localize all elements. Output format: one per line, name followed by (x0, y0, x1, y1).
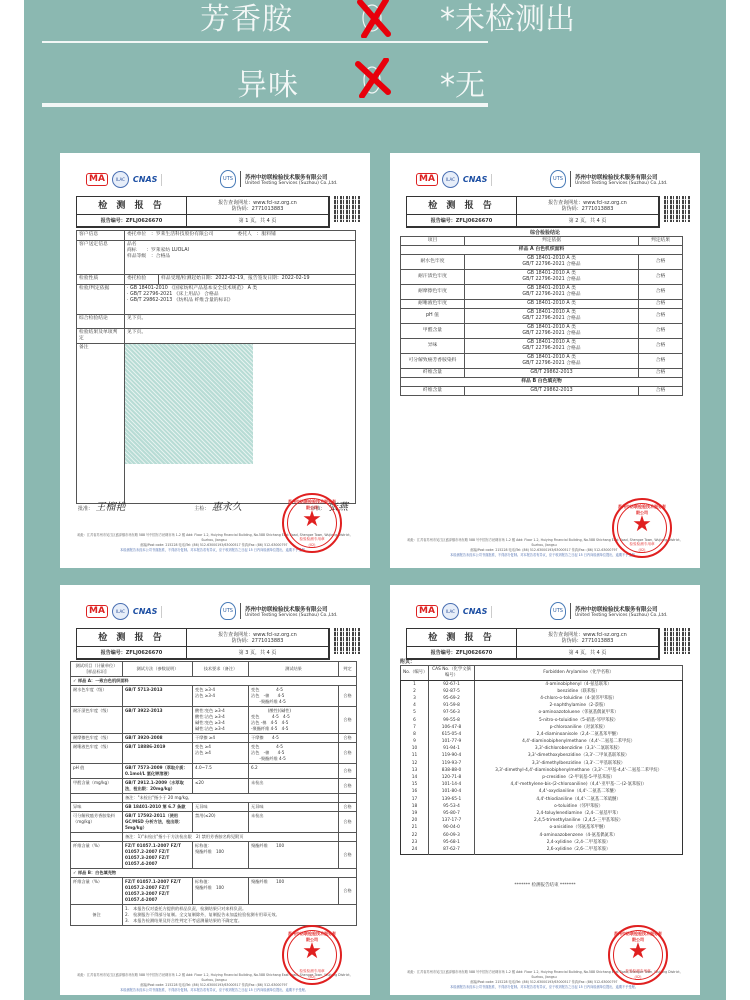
table-row: 检验性质 委托检验 样品受理/检测起始日期：2022-02-19，报告签发日期：… (77, 275, 356, 285)
divider (42, 103, 488, 107)
report-title-box: 检 测 报 告 报告查询网址：www.fcl-sz.org.cn防伪码：2771… (406, 628, 660, 660)
report-header: MA ILAC CNAS UTS 苏州中纺联检验技术服务有限公司 United … (60, 153, 370, 193)
report-page-3: MA ILAC CNAS UTS 苏州中纺联检验技术服务有限公司 United … (60, 585, 370, 995)
banner-label: 异味 (237, 60, 299, 104)
report-number: 报告编号：ZFLJ0626670 (77, 215, 187, 227)
group-row: ✓ 样品 B：白色填充物 (71, 869, 357, 878)
table-row: 292-87-5benzidine（联苯胺） (401, 688, 683, 695)
accreditation-logos: MA ILAC CNAS (416, 171, 504, 188)
page-label: 第 4 页，共 4 页 (517, 647, 659, 659)
section-title: 综合检验结论 (390, 229, 700, 236)
client-info-table: 客户信息 委托单位 ：罗莱生活科技股份有限公司 委托人 ：服料铺 客户送定信息 … (76, 230, 356, 504)
table-row: 耐唾液色牢度GB 18401-2010 A 类合格 (401, 300, 683, 309)
table-row: 纤维含量GB/T 29862-2013合格 (401, 369, 683, 378)
company-brand: UTS 苏州中纺联检验技术服务有限公司 United Testing Servi… (550, 602, 668, 620)
cma-logo: MA (86, 605, 108, 618)
table-row: 客户送定信息 品名商标 ：罗莱家纺 LUOLAI样品等级 ：合格品 (77, 241, 356, 275)
table-row: 17139-65-14,4'-thiodianiline（4,4'-二氨基二苯硫… (401, 796, 683, 803)
report-page-1: MA ILAC CNAS UTS 苏州中纺联检验技术服务有限公司 United … (60, 153, 370, 568)
table-row: 1895-53-4o-toluidine（邻甲苯胺） (401, 803, 683, 810)
signature: 惠永久 (212, 502, 242, 513)
accreditation-logos: MA ILAC CNAS (86, 603, 174, 620)
table-row: 纤维含量（%）FZ/T 01057.1-2007 FZ/T 01057.2-20… (71, 878, 357, 905)
ilac-logo: ILAC (442, 171, 459, 188)
banner-label: 芳香胺 (200, 0, 293, 38)
remarks-row: 备注1. 本报告仅对委托方提供的样品负责，检测结果只对来样负责。2. 检测报告不… (71, 905, 357, 926)
table-row: 699-55-85-nitro-o-toluidine（5-硝基-邻甲苯胺） (401, 717, 683, 724)
cma-logo: MA (416, 605, 438, 618)
table-row: 检验/判定依据 · GB 18401-2010 《国家纺织产品基本安全技术规范》… (77, 285, 356, 315)
banner-result: *未检测出 (440, 0, 575, 38)
red-cross-icon (354, 0, 394, 38)
report-page-2: MA ILAC CNAS UTS 苏州中纺联检验技术服务有限公司 United … (390, 153, 700, 568)
note-row: 备注：1)"未检出"指小于方法检出限 2) 禁用芳香胺名称见附页 (71, 833, 357, 842)
group-row: ✓ 样品 A：一致白色机织面料 (71, 677, 357, 686)
page-label: 第 3 页，共 4 页 (187, 647, 329, 659)
table-header: 项目 判定依据 判定结果 (401, 237, 683, 246)
star-icon: ★ (614, 514, 670, 536)
uts-logo: UTS (550, 170, 566, 188)
table-row: 20137-17-72,4,5-trimethylaniline（2,4,5-三… (401, 818, 683, 825)
accreditation-logos: MA ILAC CNAS (416, 603, 504, 620)
table-row: 纤维含量GB/T 29862-2013合格 (401, 387, 683, 396)
official-seal: 苏州中纺联检验技术服务有限公司 ★ 检验检测专用章 (02) (282, 925, 342, 985)
fabric-sample-image (125, 344, 253, 464)
conclusion-table: 项目 判定依据 判定结果 样品 A 白色机织面料耐水色牢度GB 18401-20… (400, 236, 683, 396)
table-row: 9101-77-94,4'-diaminobiphenylmethane（4,4… (401, 739, 683, 746)
table-row: 491-59-82-naphthylamine（2-萘胺） (401, 703, 683, 710)
table-row: 纤维含量（%）FZ/T 01057.1-2007 FZ/T 01057.2-20… (71, 842, 357, 869)
group-row: 样品 A 白色机织面料 (401, 246, 683, 255)
table-row: 备注 (77, 344, 356, 504)
table-row: 耐水色牢度GB 18401-2010 A 类GB/T 22796-2021 合格… (401, 255, 683, 270)
company-brand: UTS 苏州中纺联检验技术服务有限公司 United Testing Servi… (550, 170, 668, 188)
table-header: 测试项目（计量单位）[样品标识] 测试方法（参数说明） 技术要求（备注） 测试结… (71, 662, 357, 677)
table-row: 耐摩擦色牢度（级）GB/T 3920-2008干摩擦 ≥4干摩擦 4-5合格 (71, 734, 357, 743)
table-row: 12119-93-73,3'-dimethylbenzidine（3,3'-二甲… (401, 760, 683, 767)
table-row: 192-67-14-aminobiphenyl（4-氨基联苯） (401, 681, 683, 689)
report-page-4: MA ILAC CNAS UTS 苏州中纺联检验技术服务有限公司 United … (390, 585, 700, 995)
ilac-logo: ILAC (112, 603, 129, 620)
report-title-box: 检 测 报 告 报告查询网址：www.fcl-sz.org.cn防伪码：2771… (76, 196, 330, 228)
table-row: 耐汗渍色牢度GB 18401-2010 A 类GB/T 22796-2021 合… (401, 270, 683, 285)
table-row: 异味GB 18401-2010 第 6.7 条款无异味无异味合格 (71, 803, 357, 812)
end-of-report: ******* 检测报告结束 ******* (390, 882, 700, 888)
divider (42, 41, 488, 43)
uts-logo: UTS (220, 602, 236, 620)
table-row: 可分解致癌芳香胺染料GB 18401-2010 A 类GB/T 22796-20… (401, 354, 683, 369)
table-row: 耐唾液色牢度（级）GB/T 18886-2019变色 ≥4沾色 ≥4变色 4-5… (71, 743, 357, 764)
cnas-logo: CNAS (463, 607, 488, 616)
official-seal: 苏州中纺联检验技术服务有限公司 ★ 检验检测专用章 (02) (282, 493, 342, 553)
table-header: No.（编号） CAS No.（化学文摘编号） Forbidden Arylam… (401, 666, 683, 681)
table-row: 综合检验结论 见下页。 (77, 315, 356, 329)
table-row: 可分解致癌芳香胺染料（mg/kg）GB/T 17592-2011（使用 GC/M… (71, 812, 357, 833)
uts-logo: UTS (550, 602, 566, 620)
cnas-logo: CNAS (463, 175, 488, 184)
table-row: 1091-94-13,3'-dichlorobenzidine（3,3'-二氯联… (401, 746, 683, 753)
qr-code[interactable] (664, 628, 690, 654)
company-brand: UTS 苏州中纺联检验技术服务有限公司 United Testing Servi… (220, 170, 338, 188)
arylamine-table: No.（编号） CAS No.（化学文摘编号） Forbidden Arylam… (400, 665, 683, 855)
page-label: 第 1 页，共 4 页 (187, 215, 329, 227)
signature: 王榴艳 (96, 502, 126, 513)
banner-row-aromatic-amine: 芳香胺 *未检测出 (24, 0, 726, 42)
banner-row-odor: 异味 *无 (24, 52, 726, 108)
uts-logo: UTS (220, 170, 236, 188)
report-title-box: 检 测 报 告 报告查询网址：www.fcl-sz.org.cn防伪码：2771… (76, 628, 330, 660)
group-row: 样品 B 白色填充物 (401, 378, 683, 387)
table-row: 耐摩擦色牢度GB 18401-2010 A 类GB/T 22796-2021 合… (401, 285, 683, 300)
test-results-table: 测试项目（计量单位）[样品标识] 测试方法（参数说明） 技术要求（备注） 测试结… (70, 661, 357, 926)
cnas-logo: CNAS (133, 175, 158, 184)
cnas-text-block (161, 174, 174, 186)
table-row: pH 值GB/T 7573-2009（萃取介质：0.1mol/L 氯化钾溶液）4… (71, 764, 357, 779)
company-brand: UTS 苏州中纺联检验技术服务有限公司 United Testing Servi… (220, 602, 338, 620)
red-cross-icon (354, 58, 394, 98)
table-row: 异味GB 18401-2010 A 类GB/T 22796-2021 合格品合格 (401, 339, 683, 354)
report-title: 检 测 报 告 (77, 197, 187, 215)
star-icon: ★ (610, 941, 666, 963)
table-row: 15101-14-44,4'-methylene-bis-(2-chloroan… (401, 782, 683, 789)
table-row: 395-69-24-chloro-o-toluidine（4-氯邻甲苯胺） (401, 695, 683, 702)
table-row: 甲醛含量（mg/kg）GB/T 2912.1-2009（水萃取法，检出限：20m… (71, 779, 357, 794)
table-row: 2395-68-12,4-xylidine（2,4-二甲基苯胺） (401, 839, 683, 846)
table-row: 7106-47-8p-chloroaniline（对氯苯胺） (401, 724, 683, 731)
divider (240, 171, 241, 187)
table-row: 13838-88-03,3'-dimethyl-4,4'-diaminobiph… (401, 767, 683, 774)
page-label: 第 2 页，共 4 页 (517, 215, 659, 227)
ilac-logo: ILAC (442, 603, 459, 620)
table-row: 2190-04-0o-anisidine（邻氨基苯甲醚） (401, 825, 683, 832)
ilac-logo: ILAC (112, 171, 129, 188)
table-row: 检验结果及单项判定 见下页。 (77, 329, 356, 344)
qr-code[interactable] (664, 196, 690, 222)
banner-result: *无 (440, 60, 485, 104)
table-row: 16101-80-44,4'-oxydianiline（4,4'-二氨基二苯醚） (401, 789, 683, 796)
report-title-box: 检 测 报 告 报告查询网址：www.fcl-sz.org.cn防伪码：2771… (406, 196, 660, 228)
appendix-label: 附页： (400, 658, 415, 665)
table-row: 耐汗渍色牢度（级）GB/T 3922-2013酸性:变色 ≥3-4酸性:沾色 ≥… (71, 707, 357, 734)
cnas-logo: CNAS (133, 607, 158, 616)
table-row: 11119-90-43,3'-dimethoxybenzidine（3,3'-二… (401, 753, 683, 760)
official-seal: 苏州中纺联检验技术服务有限公司 ★ 检验检测专用章 (02) (608, 925, 668, 985)
table-row: 2487-62-72,6-xylidine（2,6-二甲基苯胺） (401, 846, 683, 854)
table-row: 2260-09-34-aminoazobenzene（4-氨基偶氮苯） (401, 832, 683, 839)
accreditation-logos: MA ILAC CNAS (86, 171, 174, 188)
qr-code[interactable] (334, 196, 360, 222)
table-row: 甲醛含量GB 18401-2010 A 类GB/T 22796-2021 合格品… (401, 324, 683, 339)
star-icon: ★ (284, 941, 340, 963)
table-row: pH 值GB 18401-2010 A 类GB/T 22796-2021 合格品… (401, 309, 683, 324)
company-name-cn: 苏州中纺联检验技术服务有限公司 (245, 173, 338, 181)
table-row: 597-56-3o-aminoazotoluene（邻氨基偶氮甲苯） (401, 710, 683, 717)
star-icon: ★ (284, 509, 340, 531)
qr-code[interactable] (334, 628, 360, 654)
official-seal: 苏州中纺联检验技术服务有限公司 ★ 检验检测专用章 (02) (612, 498, 672, 558)
note-row: 备注："未检出"指小于 20 mg/kg。 (71, 794, 357, 803)
table-row: 耐水色牢度（级）GB/T 5713-2013变色 ≥3-4沾色 ≥3-4变色 4… (71, 686, 357, 707)
table-row: 8615-05-42,4-diaminoanisole（2,4-二氨基苯甲醚） (401, 731, 683, 738)
table-row: 14120-71-8p-cresidine（2-甲氧基-5-甲基苯胺） (401, 774, 683, 781)
cma-logo: MA (86, 173, 108, 186)
query-info: 报告查询网址：www.fcl-sz.org.cn防伪码：2771013883 (187, 197, 329, 215)
cma-logo: MA (416, 173, 438, 186)
table-row: 客户信息 委托单位 ：罗莱生活科技股份有限公司 委托人 ：服料铺 (77, 231, 356, 241)
company-name-en: United Testing Services (Suzhou) Co.,Ltd… (245, 181, 338, 186)
table-row: 1995-80-72,4-toluylenediamine（2,4-二氨基甲苯） (401, 810, 683, 817)
